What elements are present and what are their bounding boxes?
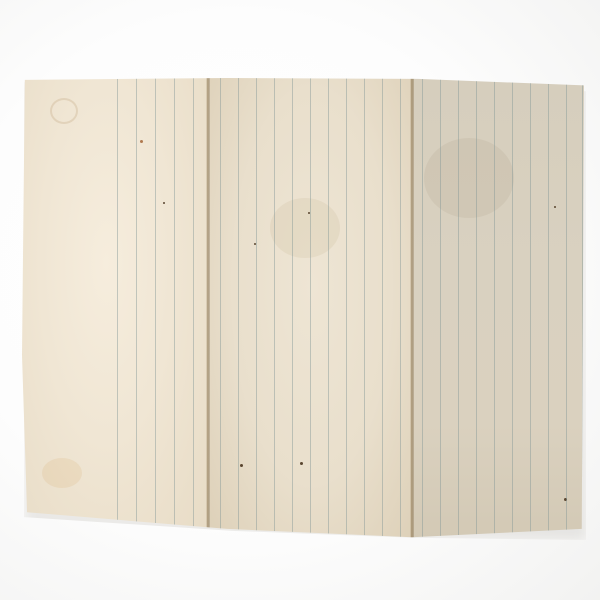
paper-panel-middle <box>210 78 414 540</box>
stain-mark <box>50 98 78 124</box>
paper-panel-right <box>414 78 584 540</box>
ruled-lines <box>422 78 584 540</box>
folded-ruled-paper <box>22 78 584 540</box>
stain-mark <box>42 458 82 488</box>
ruled-lines <box>117 78 210 540</box>
paper-panel-left <box>22 78 210 540</box>
ruled-lines <box>220 78 414 540</box>
photo-stage <box>0 0 600 600</box>
